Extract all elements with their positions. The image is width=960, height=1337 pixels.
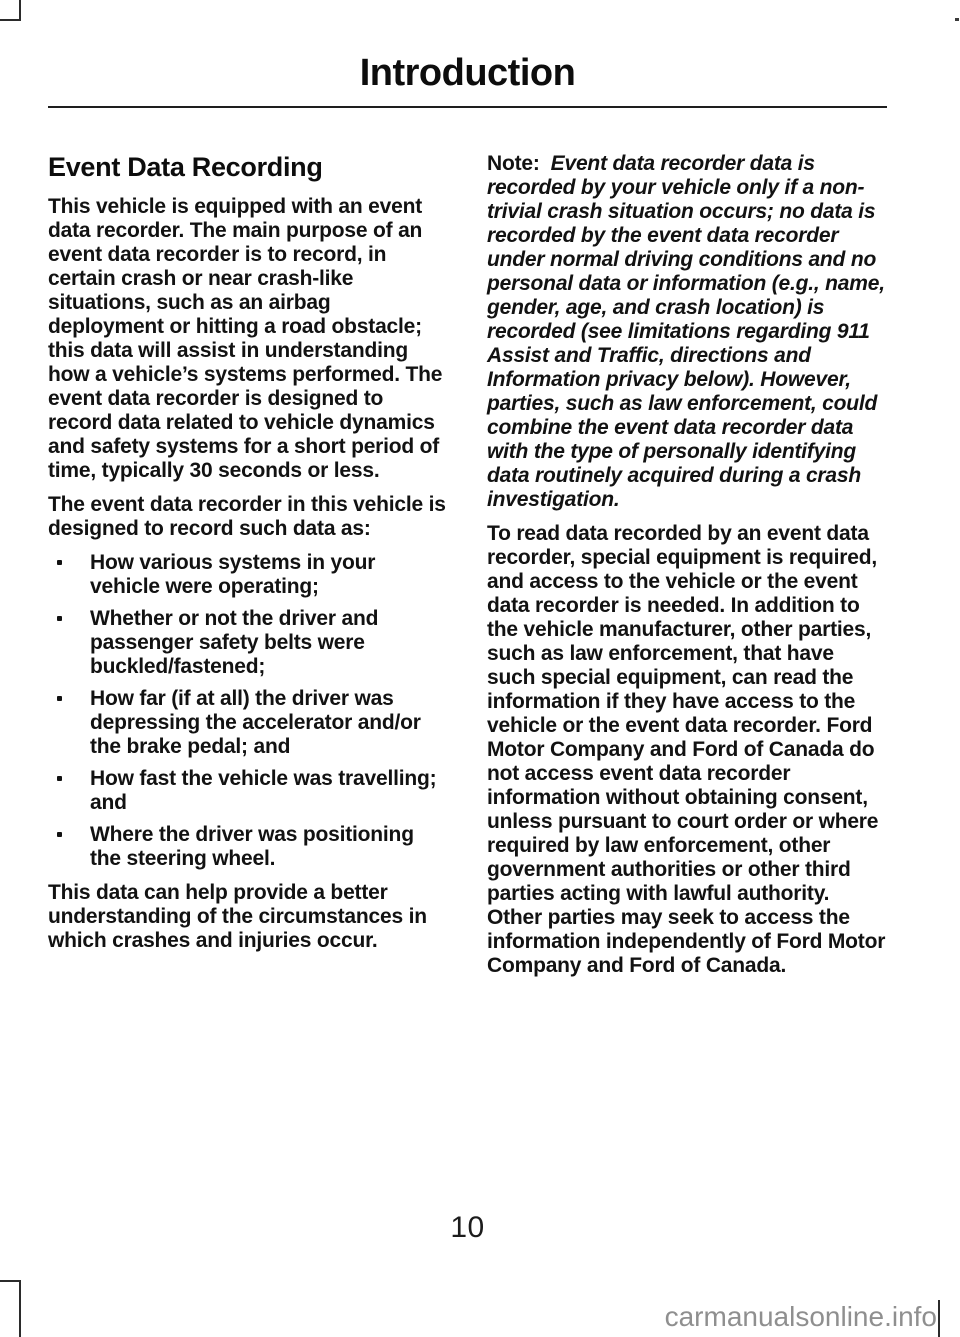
bullet-list: How various systems in your vehicle were… (48, 551, 448, 871)
crop-mark-bottom-left-icon (0, 1280, 21, 1337)
paragraph-reading-edr-data: To read data recorded by an event data r… (487, 522, 887, 978)
note-text: Event data recorder data is recorded by … (487, 152, 885, 511)
crop-mark-top-right-icon (955, 18, 959, 21)
page-title: Introduction (48, 0, 887, 94)
paragraph-data-helps-understanding: This data can help provide a better unde… (48, 881, 448, 953)
bullet-item: How fast the vehicle was travelling; and (48, 767, 448, 815)
manual-page: Introduction Event Data Recording This v… (0, 0, 960, 1337)
note-label: Note: (487, 152, 540, 175)
bullet-icon (57, 696, 62, 701)
bullet-item-text: How far (if at all) the driver was depre… (90, 687, 421, 758)
bullet-item: How far (if at all) the driver was depre… (48, 687, 448, 759)
right-column: Note:Event data recorder data is recorde… (487, 152, 887, 988)
bullet-item-text: How various systems in your vehicle were… (90, 551, 375, 598)
bullet-item-text: How fast the vehicle was travelling; and (90, 767, 436, 814)
bullet-item: How various systems in your vehicle were… (48, 551, 448, 599)
page-content: Introduction Event Data Recording This v… (48, 0, 887, 988)
bullet-icon (57, 776, 62, 781)
bullet-icon (57, 560, 62, 565)
watermark: carmanualsonline.info (665, 1302, 937, 1332)
bullet-item: Whether or not the driver and passenger … (48, 607, 448, 679)
bullet-icon (57, 616, 62, 621)
crop-mark-bottom-right-icon (938, 1300, 940, 1337)
section-heading: Event Data Recording (48, 152, 448, 182)
crop-mark-top-left-icon (0, 0, 21, 21)
paragraph-event-recorder-purpose: This vehicle is equipped with an event d… (48, 195, 448, 483)
page-number: 10 (48, 1212, 887, 1244)
paragraph-note: Note:Event data recorder data is recorde… (487, 152, 887, 512)
bullet-item-text: Whether or not the driver and passenger … (90, 607, 378, 678)
title-rule (48, 106, 887, 108)
paragraph-data-recorded-intro: The event data recorder in this vehicle … (48, 493, 448, 541)
left-column: Event Data Recording This vehicle is equ… (48, 152, 448, 988)
bullet-item-text: Where the driver was positioning the ste… (90, 823, 414, 870)
bullet-item: Where the driver was positioning the ste… (48, 823, 448, 871)
two-column-body: Event Data Recording This vehicle is equ… (48, 152, 887, 988)
bullet-icon (57, 832, 62, 837)
